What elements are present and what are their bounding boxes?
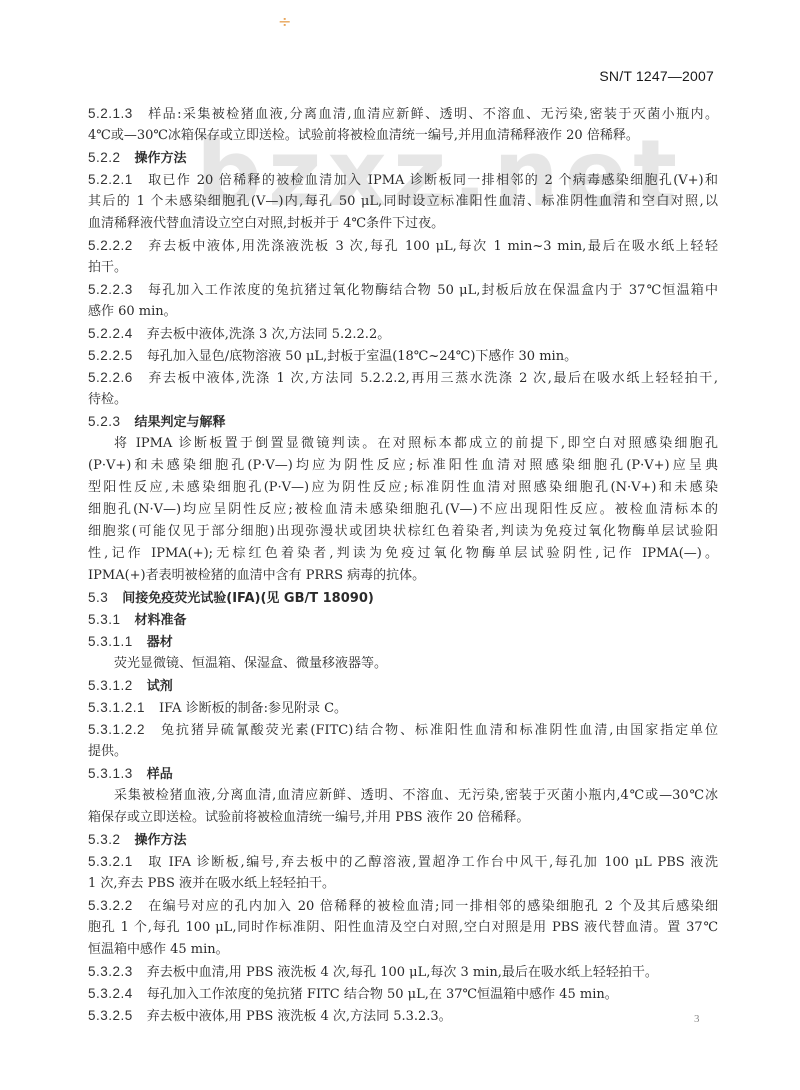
clause-number: 5.2.2.1 <box>88 172 133 187</box>
clause-text: (P·V+)和未感染细胞孔(P·V—)均应为阴性反应;标准阳性血清对照感染细胞孔… <box>88 458 718 473</box>
clause-number: 5.2.2.6 <box>88 370 133 385</box>
clause-text: 待检。 <box>88 392 127 407</box>
clause-text: 取 IFA 诊断板,编号,弃去板中的乙醇溶液,置超净工作台中风干,每孔加 100… <box>147 855 718 870</box>
paragraph-line: 5.3.1.2.1IFA 诊断板的制备:参见附录 C。 <box>88 697 718 719</box>
clause-text: 样品:采集被检猪血液,分离血清,血清应新鲜、透明、不溶血、无污染,密装于灭菌小瓶… <box>147 107 718 122</box>
clause-text: 4℃或—30℃冰箱保存或立即送检。试验前将被检血清统一编号,并用血清稀释液作 2… <box>88 128 639 143</box>
paragraph-line: 细胞浆(可能仅见于部分细胞)出现弥漫状或团块状棕红色着染者,判读为免疫过氧化物酶… <box>88 521 718 543</box>
clause-number: 5.3.2.1 <box>88 854 133 869</box>
clause-text: 细胞孔(N·V—)均应呈阴性反应;被检血清未感染细胞孔(V—)不应出现阳性反应。… <box>88 502 718 517</box>
heading-text: 材料准备 <box>135 613 187 628</box>
clause-number: 5.2.2.4 <box>88 326 133 341</box>
clause-number: 5.3.1.2 <box>88 678 133 693</box>
paragraph-line: 5.2.1.3样品:采集被检猪血液,分离血清,血清应新鲜、透明、不溶血、无污染,… <box>88 103 718 125</box>
paragraph-line: 提供。 <box>88 741 718 763</box>
paragraph-line: 型阳性反应,未感染细胞孔(P·V—)应为阴性反应;标准阴性血清对照感染细胞孔(N… <box>88 477 718 499</box>
clause-text: IFA 诊断板的制备:参见附录 C。 <box>159 701 347 716</box>
clause-text: 血清稀释液代替血清设立空白对照,封板并于 4℃条件下过夜。 <box>88 216 444 231</box>
paragraph-line: 5.2.2.1取已作 20 倍稀释的被检血清加入 IPMA 诊断板同一排相邻的 … <box>88 169 718 191</box>
section-heading: 5.2.3结果判定与解释 <box>88 411 718 433</box>
clause-number: 5.3.1.1 <box>88 634 133 649</box>
clause-number: 5.3.2 <box>88 832 121 847</box>
heading-text: 结果判定与解释 <box>135 415 226 430</box>
paragraph-line: 5.3.2.1取 IFA 诊断板,编号,弃去板中的乙醇溶液,置超净工作台中风干,… <box>88 851 718 873</box>
heading-text: 器材 <box>147 635 173 650</box>
clause-text: 荧光显微镜、恒温箱、保湿盒、微量移液器等。 <box>114 656 387 671</box>
paragraph-line: 荧光显微镜、恒温箱、保湿盒、微量移液器等。 <box>88 653 718 675</box>
paragraph-line: 感作 60 min。 <box>88 301 718 323</box>
clause-text: 每孔加入显色/底物溶液 50 μL,封板于室温(18℃~24℃)下感作 30 m… <box>147 349 577 364</box>
paragraph-line: 其后的 1 个未感染细胞孔(V—)内,每孔 50 μL,同时设立标准阳性血清、标… <box>88 191 718 213</box>
paragraph-line: 细胞孔(N·V—)均应呈阴性反应;被检血清未感染细胞孔(V—)不应出现阳性反应。… <box>88 499 718 521</box>
clause-text: 采集被检猪血液,分离血清,血清应新鲜、透明、不溶血、无污染,密装于灭菌小瓶内,4… <box>114 788 718 803</box>
clause-text: 细胞浆(可能仅见于部分细胞)出现弥漫状或团块状棕红色着染者,判读为免疫过氧化物酶… <box>88 524 718 539</box>
clause-text: 弃去板中血清,用 PBS 液洗板 4 次,每孔 100 μL,每次 3 min,… <box>147 965 658 980</box>
paragraph-line: 恒温箱中感作 45 min。 <box>88 939 718 961</box>
clause-text: 弃去板中液体,用洗涤液洗板 3 次,每孔 100 μL,每次 1 min~3 m… <box>147 239 718 254</box>
clause-number: 5.2.2.5 <box>88 348 133 363</box>
decorative-mark: ÷ <box>278 14 291 30</box>
paragraph-line: 性,记作 IPMA(+);无棕红色着染者,判读为免疫过氧化物酶单层试验阴性,记作… <box>88 543 718 565</box>
clause-number: 5.3.1.3 <box>88 766 133 781</box>
paragraph-line: 箱保存或立即送检。试验前将被检血清统一编号,并用 PBS 液作 20 倍稀释。 <box>88 807 718 829</box>
clause-text: 感作 60 min。 <box>88 304 177 319</box>
paragraph-line: 5.3.2.3弃去板中血清,用 PBS 液洗板 4 次,每孔 100 μL,每次… <box>88 961 718 983</box>
clause-text: 其后的 1 个未感染细胞孔(V—)内,每孔 50 μL,同时设立标准阳性血清、标… <box>88 194 718 209</box>
clause-number: 5.3.2.2 <box>88 898 133 913</box>
paragraph-line: 5.3.1.2.2兔抗猪异硫氰酸荧光素(FITC)结合物、标准阳性血清和标准阴性… <box>88 719 718 741</box>
paragraph-line: 待检。 <box>88 389 718 411</box>
clause-text: 提供。 <box>88 744 127 759</box>
clause-number: 5.2.2 <box>88 150 121 165</box>
paragraph-line: 5.2.2.3每孔加入工作浓度的兔抗猪过氧化物酶结合物 50 μL,封板后放在保… <box>88 279 718 301</box>
document-body: 5.2.1.3样品:采集被检猪血液,分离血清,血清应新鲜、透明、不溶血、无污染,… <box>88 103 718 1027</box>
paragraph-line: 4℃或—30℃冰箱保存或立即送检。试验前将被检血清统一编号,并用血清稀释液作 2… <box>88 125 718 147</box>
heading-text: 样品 <box>147 767 173 782</box>
paragraph-line: 胞孔 1 个,每孔 100 μL,同时作标准阴、阳性血清及空白对照,空白对照是用… <box>88 917 718 939</box>
paragraph-line: 拍干。 <box>88 257 718 279</box>
paragraph-line: IPMA(+)者表明被检猪的血清中含有 PRRS 病毒的抗体。 <box>88 565 718 587</box>
heading-text: 间接免疫荧光试验(IFA)(见 GB/T 18090) <box>122 591 374 606</box>
clause-text: 箱保存或立即送检。试验前将被检血清统一编号,并用 PBS 液作 20 倍稀释。 <box>88 810 529 825</box>
clause-text: 取已作 20 倍稀释的被检血清加入 IPMA 诊断板同一排相邻的 2 个病毒感染… <box>147 173 718 188</box>
section-heading: 5.3.1.2试剂 <box>88 675 718 697</box>
clause-number: 5.3.2.4 <box>88 986 133 1001</box>
clause-text: 性,记作 IPMA(+);无棕红色着染者,判读为免疫过氧化物酶单层试验阴性,记作… <box>88 546 718 561</box>
standard-code: SN/T 1247—2007 <box>599 68 714 84</box>
clause-number: 5.2.3 <box>88 414 121 429</box>
clause-number: 5.2.2.3 <box>88 282 133 297</box>
heading-text: 试剂 <box>147 679 173 694</box>
clause-text: 弃去板中液体,洗涤 3 次,方法同 5.2.2.2。 <box>147 327 390 342</box>
paragraph-line: 5.3.2.2在编号对应的孔内加入 20 倍稀释的被检血清;同一排相邻的感染细胞… <box>88 895 718 917</box>
paragraph-line: 5.3.2.5弃去板中液体,用 PBS 液洗板 4 次,方法同 5.3.2.3。 <box>88 1005 718 1027</box>
clause-number: 5.3.2.3 <box>88 964 133 979</box>
section-heading: 5.3.2操作方法 <box>88 829 718 851</box>
paragraph-line: 5.2.2.5每孔加入显色/底物溶液 50 μL,封板于室温(18℃~24℃)下… <box>88 345 718 367</box>
clause-number: 5.3.1.2.2 <box>88 722 145 737</box>
heading-text: 操作方法 <box>135 833 187 848</box>
paragraph-line: (P·V+)和未感染细胞孔(P·V—)均应为阴性反应;标准阳性血清对照感染细胞孔… <box>88 455 718 477</box>
section-heading: 5.3.1材料准备 <box>88 609 718 631</box>
clause-number: 5.3.2.5 <box>88 1008 133 1023</box>
clause-text: 弃去板中液体,用 PBS 液洗板 4 次,方法同 5.3.2.3。 <box>147 1009 452 1024</box>
section-heading: 5.3.1.3样品 <box>88 763 718 785</box>
paragraph-line: 5.2.2.6弃去板中液体,洗涤 1 次,方法同 5.2.2.2,再用三蒸水洗涤… <box>88 367 718 389</box>
section-heading: 5.2.2操作方法 <box>88 147 718 169</box>
clause-text: 1 次,弃去 PBS 液并在吸水纸上轻轻拍干。 <box>88 876 335 891</box>
paragraph-line: 1 次,弃去 PBS 液并在吸水纸上轻轻拍干。 <box>88 873 718 895</box>
paragraph-line: 5.2.2.4弃去板中液体,洗涤 3 次,方法同 5.2.2.2。 <box>88 323 718 345</box>
section-heading: 5.3.1.1器材 <box>88 631 718 653</box>
clause-text: 恒温箱中感作 45 min。 <box>88 942 229 957</box>
paragraph-line: 将 IPMA 诊断板置于倒置显微镜判读。在对照标本都成立的前提下,即空白对照感染… <box>88 433 718 455</box>
clause-text: 每孔加入工作浓度的兔抗猪 FITC 结合物 50 μL,在 37℃恒温箱中感作 … <box>147 987 618 1002</box>
clause-text: IPMA(+)者表明被检猪的血清中含有 PRRS 病毒的抗体。 <box>88 568 425 583</box>
paragraph-line: 5.2.2.2弃去板中液体,用洗涤液洗板 3 次,每孔 100 μL,每次 1 … <box>88 235 718 257</box>
clause-number: 5.2.1.3 <box>88 106 133 121</box>
section-heading: 5.3间接免疫荧光试验(IFA)(见 GB/T 18090) <box>88 587 718 609</box>
clause-text: 拍干。 <box>88 260 127 275</box>
clause-number: 5.2.2.2 <box>88 238 133 253</box>
clause-text: 在编号对应的孔内加入 20 倍稀释的被检血清;同一排相邻的感染细胞孔 2 个及其… <box>147 899 718 914</box>
clause-text: 胞孔 1 个,每孔 100 μL,同时作标准阴、阳性血清及空白对照,空白对照是用… <box>88 920 718 935</box>
clause-text: 每孔加入工作浓度的兔抗猪过氧化物酶结合物 50 μL,封板后放在保温盒内于 37… <box>147 283 718 298</box>
clause-number: 5.3 <box>88 590 108 605</box>
clause-text: 弃去板中液体,洗涤 1 次,方法同 5.2.2.2,再用三蒸水洗涤 2 次,最后… <box>147 371 718 386</box>
clause-text: 兔抗猪异硫氰酸荧光素(FITC)结合物、标准阳性血清和标准阴性血清,由国家指定单… <box>159 723 718 738</box>
paragraph-line: 采集被检猪血液,分离血清,血清应新鲜、透明、不溶血、无污染,密装于灭菌小瓶内,4… <box>88 785 718 807</box>
heading-text: 操作方法 <box>135 151 187 166</box>
paragraph-line: 5.3.2.4每孔加入工作浓度的兔抗猪 FITC 结合物 50 μL,在 37℃… <box>88 983 718 1005</box>
clause-text: 将 IPMA 诊断板置于倒置显微镜判读。在对照标本都成立的前提下,即空白对照感染… <box>114 436 718 451</box>
clause-number: 5.3.1 <box>88 612 121 627</box>
clause-text: 型阳性反应,未感染细胞孔(P·V—)应为阴性反应;标准阴性血清对照感染细胞孔(N… <box>88 480 718 495</box>
paragraph-line: 血清稀释液代替血清设立空白对照,封板并于 4℃条件下过夜。 <box>88 213 718 235</box>
clause-number: 5.3.1.2.1 <box>88 700 145 715</box>
